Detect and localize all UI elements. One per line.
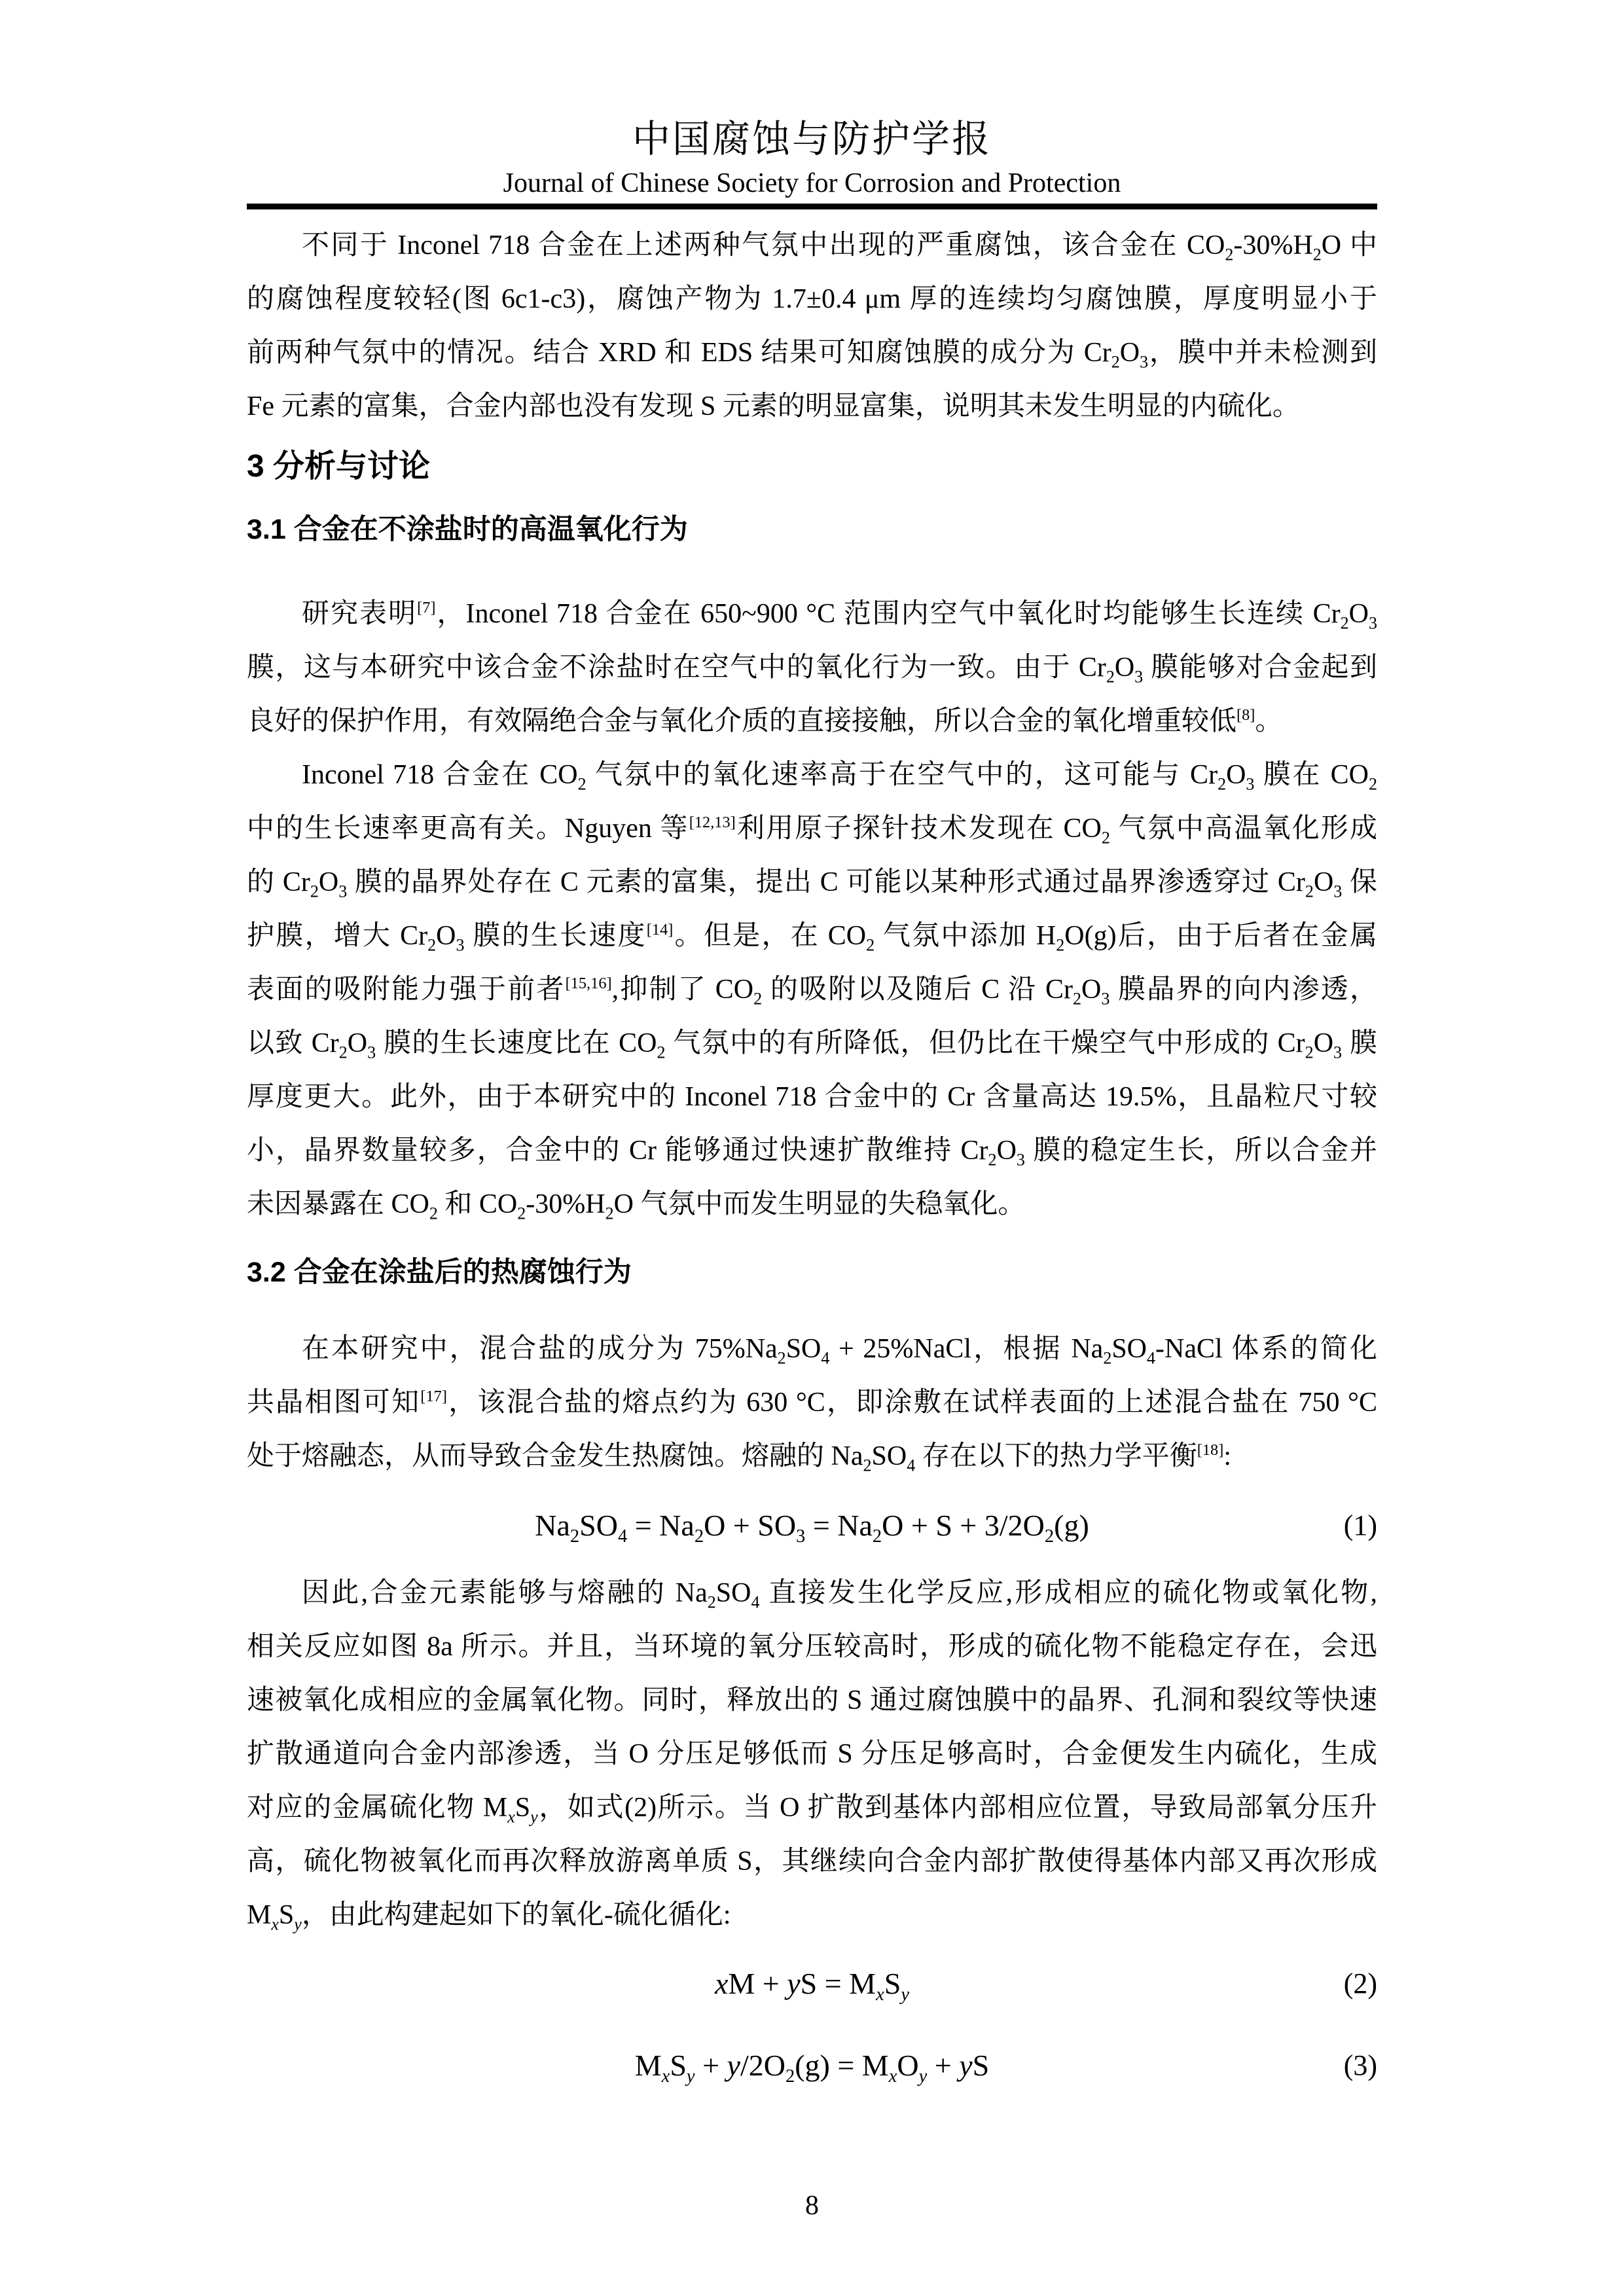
equation-2: xM + yS = MxSy (2) [247, 1957, 1377, 2011]
text-line: 共晶相图可知[17]，该混合盐的熔点约为 630 °C，即涂敷在试样表面的上述混… [247, 1376, 1377, 1429]
page-number: 8 [0, 2189, 1624, 2222]
header-divider-rule [247, 204, 1377, 209]
text-line: 护膜，增大 Cr2O3 膜的生长速度[14]。但是，在 CO2 气氛中添加 H2… [247, 909, 1377, 963]
text-line: 高，硫化物被氧化而再次释放游离单质 S，其继续向合金内部扩散使得基体内部又再次形… [247, 1835, 1377, 1888]
text-line: 的 Cr2O3 膜的晶界处存在 C 元素的富集，提出 C 可能以某种形式通过晶界… [247, 855, 1377, 909]
text-line: 扩散通道向合金内部渗透，当 O 分压足够低而 S 分压足够高时，合金便发生内硫化… [247, 1727, 1377, 1781]
equation-3-number: (3) [1344, 2039, 1377, 2092]
text-line: 良好的保护作用，有效隔绝合金与氧化介质的直接接触，所以合金的氧化增重较低[8]。 [247, 694, 1377, 748]
text-line: 中的生长速率更高有关。Nguyen 等[12,13]利用原子探针技术发现在 CO… [247, 802, 1377, 855]
text-line: 相关反应如图 8a 所示。并且，当环境的氧分压较高时，形成的硫化物不能稳定存在，… [247, 1620, 1377, 1674]
text-line: 小，晶界数量较多，合金中的 Cr 能够通过快速扩散维持 Cr2O3 膜的稳定生长… [247, 1124, 1377, 1177]
paragraph-3-2-a: 在本研究中，混合盐的成分为 75%Na2SO4 + 25%NaCl，根据 Na2… [247, 1322, 1377, 1483]
text-line: MxSy，由此构建起如下的氧化-硫化循化: [247, 1888, 1377, 1942]
paragraph-intro: 不同于 Inconel 718 合金在上述两种气氛中出现的严重腐蚀，该合金在 C… [247, 219, 1377, 433]
equation-2-body: xM + yS = MxSy [715, 1967, 909, 2000]
text-line: 前两种气氛中的情况。结合 XRD 和 EDS 结果可知腐蚀膜的成分为 Cr2O3… [247, 326, 1377, 380]
equation-1-number: (1) [1344, 1499, 1377, 1552]
text-line: 未因暴露在 CO2 和 CO2-30%H2O 气氛中而发生明显的失稳氧化。 [247, 1177, 1377, 1231]
text-line: 因此,合金元素能够与熔融的 Na2SO4 直接发生化学反应,形成相应的硫化物或氧… [247, 1566, 1377, 1620]
text-line: 处于熔融态，从而导致合金发生热腐蚀。熔融的 Na2SO4 存在以下的热力学平衡[… [247, 1429, 1377, 1483]
text-line: 的腐蚀程度较轻(图 6c1-c3)，腐蚀产物为 1.7±0.4 μm 厚的连续均… [247, 272, 1377, 326]
document-page: 中国腐蚀与防护学报 Journal of Chinese Society for… [0, 0, 1624, 2296]
text-line: 膜，这与本研究中该合金不涂盐时在空气中的氧化行为一致。由于 Cr2O3 膜能够对… [247, 641, 1377, 694]
section-heading-3-2: 3.2 合金在涂盐后的热腐蚀行为 [247, 1255, 1377, 1291]
text-line: 对应的金属硫化物 MxSy，如式(2)所示。当 O 扩散到基体内部相应位置，导致… [247, 1781, 1377, 1835]
text-line: 厚度更大。此外，由于本研究中的 Inconel 718 合金中的 Cr 含量高达… [247, 1070, 1377, 1124]
journal-title-english: Journal of Chinese Society for Corrosion… [247, 167, 1377, 200]
journal-title-chinese: 中国腐蚀与防护学报 [247, 111, 1377, 167]
paragraph-3-2-b: 因此,合金元素能够与熔融的 Na2SO4 直接发生化学反应,形成相应的硫化物或氧… [247, 1566, 1377, 1942]
equation-1: Na2SO4 = Na2O + SO3 = Na2O + S + 3/2O2(g… [247, 1499, 1377, 1552]
text-line: 表面的吸附能力强于前者[15,16],抑制了 CO2 的吸附以及随后 C 沿 C… [247, 963, 1377, 1016]
equation-2-number: (2) [1344, 1957, 1377, 2011]
equation-1-body: Na2SO4 = Na2O + SO3 = Na2O + S + 3/2O2(g… [535, 1509, 1089, 1542]
text-line: 不同于 Inconel 718 合金在上述两种气氛中出现的严重腐蚀，该合金在 C… [247, 219, 1377, 272]
text-line: Inconel 718 合金在 CO2 气氛中的氧化速率高于在空气中的，这可能与… [247, 748, 1377, 802]
text-line: Fe 元素的富集，合金内部也没有发现 S 元素的明显富集，说明其未发生明显的内硫… [247, 380, 1377, 433]
text-line: 速被氧化成相应的金属氧化物。同时，释放出的 S 通过腐蚀膜中的晶界、孔洞和裂纹等… [247, 1674, 1377, 1727]
section-heading-3-1: 3.1 合金在不涂盐时的高温氧化行为 [247, 512, 1377, 548]
paragraph-3-1-b: Inconel 718 合金在 CO2 气氛中的氧化速率高于在空气中的，这可能与… [247, 748, 1377, 1231]
paragraph-3-1-a: 研究表明[7]，Inconel 718 合金在 650~900 °C 范围内空气… [247, 587, 1377, 748]
equation-3-body: MxSy + y/2O2(g) = MxOy + yS [635, 2049, 990, 2082]
text-line: 在本研究中，混合盐的成分为 75%Na2SO4 + 25%NaCl，根据 Na2… [247, 1322, 1377, 1376]
section-heading-3: 3 分析与讨论 [247, 448, 1377, 486]
text-line: 以致 Cr2O3 膜的生长速度比在 CO2 气氛中的有所降低，但仍比在干燥空气中… [247, 1016, 1377, 1070]
text-line: 研究表明[7]，Inconel 718 合金在 650~900 °C 范围内空气… [247, 587, 1377, 641]
equation-3: MxSy + y/2O2(g) = MxOy + yS (3) [247, 2039, 1377, 2092]
